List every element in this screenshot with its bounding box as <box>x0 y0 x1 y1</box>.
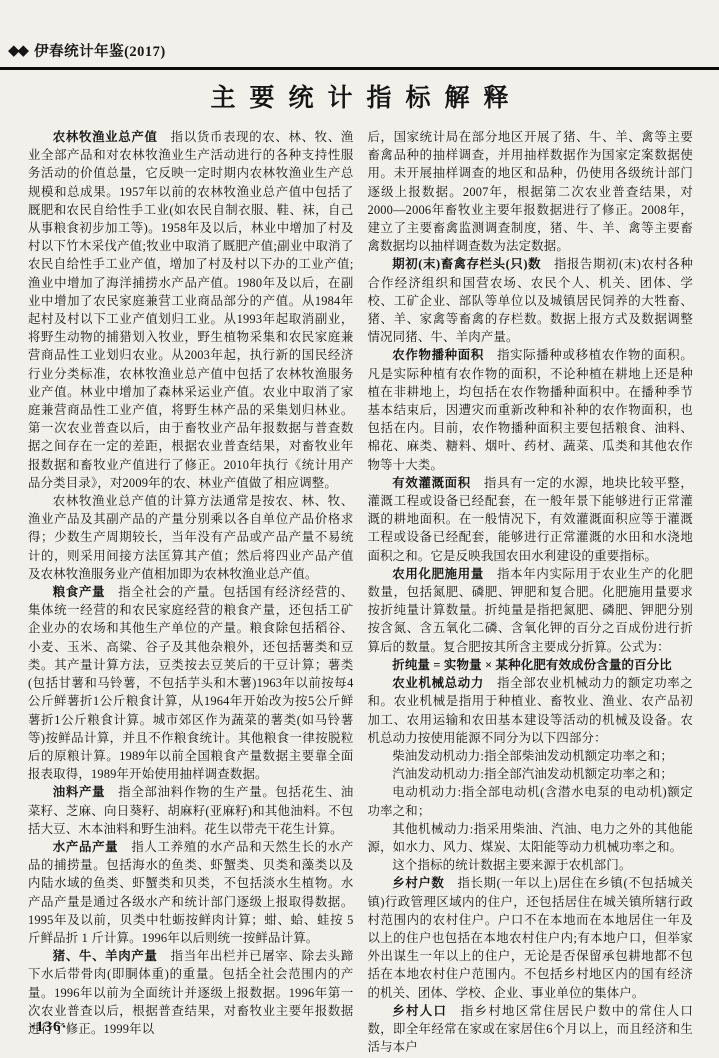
page-title: 主要统计指标解释 <box>0 78 719 114</box>
indicator-term: 油料产量 <box>53 785 105 799</box>
paragraph: 这个指标的统计数据主要来源于农机部门。 <box>368 856 694 874</box>
indicator-term: 猪、牛、羊肉产量 <box>53 949 158 963</box>
paragraph: 其他机械动力:指采用柴油、汽油、电力之外的其他能源，如水力、风力、煤炭、太阳能等… <box>368 820 694 856</box>
paragraph: 农用化肥施用量 指本年内实际用于农业生产的化肥数量，包括氮肥、磷肥、钾肥和复合肥… <box>368 565 694 656</box>
indicator-term: 乡村人口 <box>392 1004 447 1018</box>
right-column: 后，国家统计局在部分地区开展了猪、牛、羊、禽等主要畜禽品种的抽样调查，并用抽样数… <box>368 128 694 1056</box>
paragraph: 柴油发动机动力:指全部柴油发动机额定功率之和； <box>368 747 694 765</box>
paragraph: 猪、牛、羊肉产量 指当年出栏并已屠宰、除去头蹄下水后带骨肉(即胴体重)的重量。包… <box>28 947 354 1038</box>
paragraph: 后，国家统计局在部分地区开展了猪、牛、羊、禽等主要畜禽品种的抽样调查，并用抽样数… <box>368 128 694 255</box>
indicator-term: 粮食产量 <box>53 585 105 599</box>
indicator-term: 农业机械总动力 <box>392 676 484 690</box>
yearbook-page: ◆◆ 伊春统计年鉴(2017) 主要统计指标解释 农林牧渔业总产值 指以货币表现… <box>0 0 719 1058</box>
paragraph: 农林牧渔业总产值 指以货币表现的农、林、牧、渔业全部产品和对农林牧渔业生产活动进… <box>28 128 354 492</box>
paragraph: 期初(末)畜禽存栏头(只)数 指报告期初(末)农村各种合作经济组织和国营农场、农… <box>368 255 694 346</box>
paragraph: 电动机动力:指全部电动机(含潜水电泵的电动机)额定功率之和； <box>368 783 694 819</box>
paragraph: 乡村人口 指乡村地区常住居民户数中的常住人口数，即全年经常在家或在家居住6个月以… <box>368 1002 694 1057</box>
indicator-term: 农作物播种面积 <box>392 348 484 362</box>
page-number: ·136· <box>30 1019 68 1036</box>
indicator-term: 期初(末)畜禽存栏头(只)数 <box>392 257 541 271</box>
paragraph: 有效灌溉面积 指具有一定的水源，地块比较平整，灌溉工程或设备已经配套，在一般年景… <box>368 474 694 565</box>
paragraph: 农林牧渔业总产值的计算方法通常是按农、林、牧、渔业产品及其副产品的产量分别乘以各… <box>28 492 354 583</box>
indicator-term: 农用化肥施用量 <box>392 567 484 581</box>
page-header: ◆◆ 伊春统计年鉴(2017) <box>0 40 719 70</box>
paragraph: 油料产量 指全部油料作物的生产量。包括花生、油菜籽、芝麻、向日葵籽、胡麻籽(亚麻… <box>28 783 354 838</box>
indicator-term: 水产品产量 <box>53 840 118 854</box>
paragraph: 农作物播种面积 指实际播种或移植农作物的面积。凡是实际种植有农作物的面积，不论种… <box>368 346 694 473</box>
paragraph: 农业机械总动力 指全部农业机械动力的额定功率之和。农业机械是指用于种植业、畜牧业… <box>368 674 694 747</box>
indicator-term: 有效灌溉面积 <box>392 476 471 490</box>
paragraph: 折纯量 = 实物量 × 某种化肥有效成份含量的百分比 <box>368 656 694 674</box>
indicator-term: 农林牧渔业总产值 <box>53 130 158 144</box>
diamond-icons: ◆◆ <box>8 41 27 60</box>
left-column: 农林牧渔业总产值 指以货币表现的农、林、牧、渔业全部产品和对农林牧渔业生产活动进… <box>28 128 354 1056</box>
indicator-term: 乡村户数 <box>392 876 444 890</box>
booklet-title: 伊春统计年鉴(2017) <box>34 40 166 61</box>
paragraph: 粮食产量 指全社会的产量。包括国有经济经营的、集体统一经营的和农民家庭经营的粮食… <box>28 583 354 783</box>
paragraph: 汽油发动机动力:指全部汽油发动机额定功率之和； <box>368 765 694 783</box>
text-columns: 农林牧渔业总产值 指以货币表现的农、林、牧、渔业全部产品和对农林牧渔业生产活动进… <box>28 128 693 1056</box>
paragraph: 水产品产量 指人工养殖的水产品和天然生长的水产品的捕捞量。包括海水的鱼类、虾蟹类… <box>28 838 354 947</box>
paragraph: 乡村户数 指长期(一年以上)居住在乡镇(不包括城关镇)行政管理区域内的住户，还包… <box>368 874 694 1001</box>
